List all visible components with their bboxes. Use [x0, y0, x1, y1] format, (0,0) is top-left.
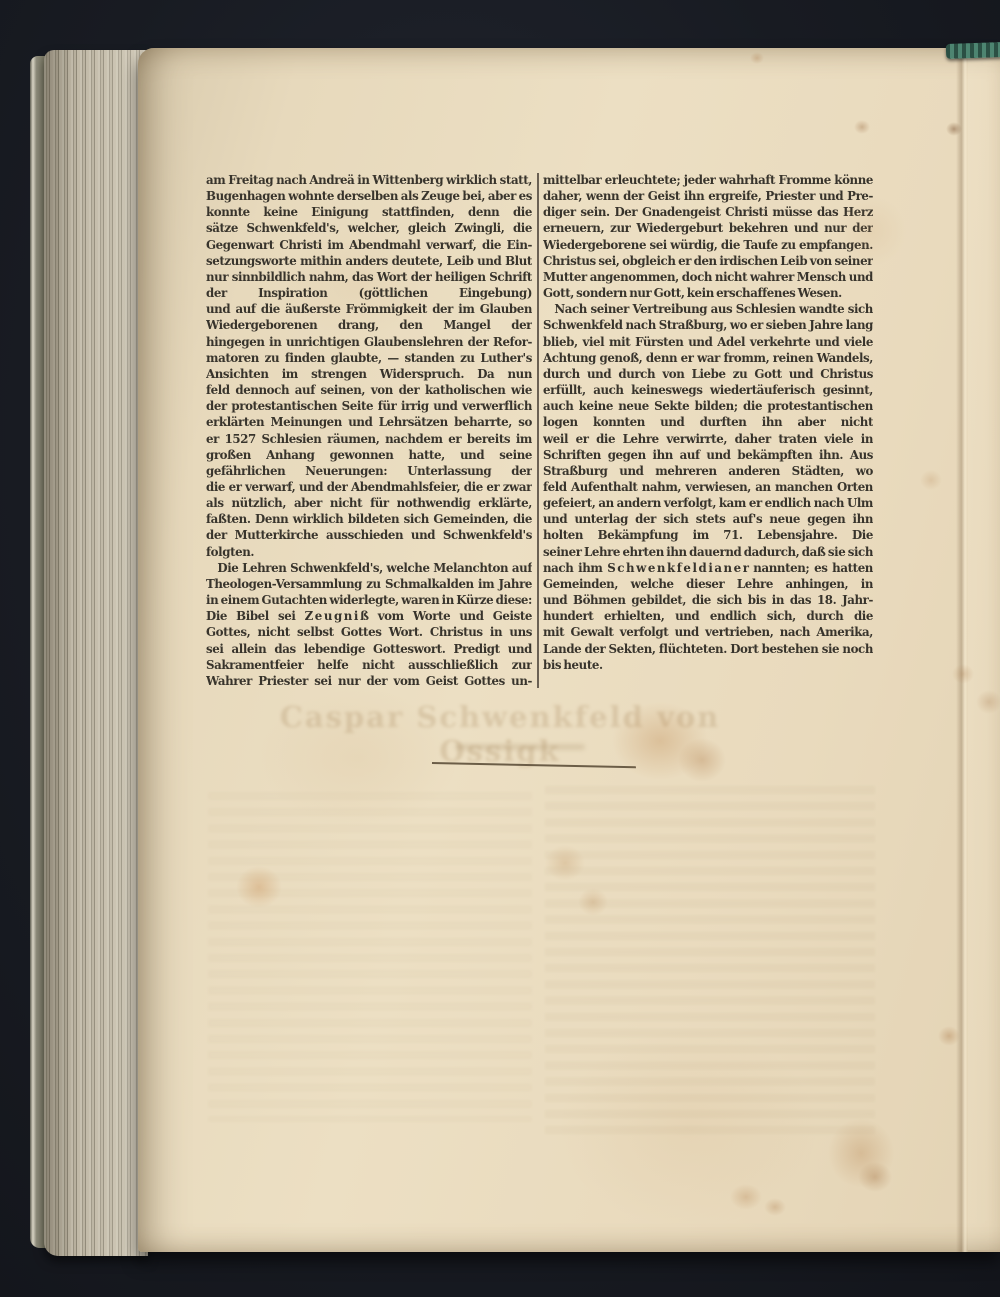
- text-line: Gottes, nicht selbst Gottes Wort. Christ…: [206, 624, 532, 640]
- text-line: Schriften gegen ihn auf und bekämpften i…: [543, 447, 873, 463]
- text-line: feld Aufenthalt nahm, verwiesen, an manc…: [543, 479, 873, 495]
- text-line: daher, wenn der Geist ihn ergreife, Prie…: [543, 188, 873, 204]
- text-line: sätze Schwenkfeld's, welcher, gleich Zwi…: [206, 220, 532, 236]
- text-line: seiner Lehre ehrten ihn dauernd dadurch,…: [543, 544, 873, 560]
- headband: [946, 42, 1000, 59]
- text-line: setzungsworte mithin anders deutete, Lei…: [206, 253, 532, 269]
- text-line: er 1527 Schlesien räumen, nachdem er ber…: [206, 431, 532, 447]
- showthrough-text-left: [208, 792, 532, 1122]
- text-line: nur sinnbildlich nahm, das Wort der heil…: [206, 269, 532, 285]
- text-line: Nach seiner Vertreibung aus Schlesien wa…: [543, 301, 873, 317]
- showthrough-text-right: [545, 786, 875, 1136]
- showthrough-heading: Caspar Schwenkfeld von Ossigk: [240, 700, 760, 768]
- text-line: holten Bekämpfung im 71. Lebensjahre. Di…: [543, 527, 873, 543]
- text-line: Gott, sondern nur Gott, kein erschaffene…: [543, 285, 873, 301]
- text-line: Die Bibel sei Z e u g n i ß vom Worte un…: [206, 608, 532, 624]
- text-line: erfüllt, auch keineswegs wiedertäuferisc…: [543, 382, 873, 398]
- text-line: am Freitag nach Andreä in Wittenberg wir…: [206, 172, 532, 188]
- text-line: als nützlich, aber nicht für nothwendig …: [206, 495, 532, 511]
- text-line: mittelbar erleuchtete; jeder wahrhaft Fr…: [543, 172, 873, 188]
- text-line: die er verwarf, und der Abendmahlsfeier,…: [206, 479, 532, 495]
- text-line: großen Anhang gewonnen hatte, und seine …: [206, 447, 532, 463]
- text-line: Ansichten im strengen Widerspruch. Da nu…: [206, 366, 532, 382]
- text-line: Mutter angenommen, doch nicht wahrer Men…: [543, 269, 873, 285]
- text-line: Wiedergeborene sei würdig, die Taufe zu …: [543, 237, 873, 253]
- text-line: blieb, viel mit Fürsten und Adel verkehr…: [543, 334, 873, 350]
- text-line: Lande der Sekten, flüchteten. Dort beste…: [543, 641, 873, 657]
- text-line: diger sein. Der Gnadengeist Christi müss…: [543, 204, 873, 220]
- text-line: und Böhmen gebildet, die sich bis in das…: [543, 592, 873, 608]
- text-line: Schwenkfeld nach Straßburg, wo er sieben…: [543, 317, 873, 333]
- text-line: logen konnten und durften ihn aber nicht…: [543, 414, 873, 430]
- text-line: Die Lehren Schwenkfeld's, welche Melanch…: [206, 560, 532, 576]
- text-line: hingegen in unrichtigen Glaubenslehren d…: [206, 334, 532, 350]
- showthrough-subtitle: [455, 744, 585, 750]
- text-column-left: am Freitag nach Andreä in Wittenberg wir…: [206, 172, 532, 689]
- text-line: durch und durch von Liebe zu Gott und Ch…: [543, 366, 873, 382]
- text-line: konnte keine Einigung stattfinden, denn …: [206, 204, 532, 220]
- text-line: der Mutterkirche ausschieden und Schwenk…: [206, 527, 532, 543]
- column-divider-rule: [537, 173, 539, 688]
- text-line: gefährlichen Neuerungen: Unterlassung de…: [206, 463, 532, 479]
- page-crease: [956, 48, 968, 1252]
- text-line: faßten. Denn wirklich bildeten sich Geme…: [206, 511, 532, 527]
- text-line: und unterlag der sich stets auf's neue g…: [543, 511, 873, 527]
- text-line: matoren zu finden glaubte, — standen zu …: [206, 350, 532, 366]
- text-line: bis heute.: [543, 657, 873, 673]
- text-line: Christus sei, obgleich er den irdischen …: [543, 253, 873, 269]
- text-line: Straßburg und mehreren anderen Städten, …: [543, 463, 873, 479]
- text-line: Gegenwart Christi im Abendmahl verwarf, …: [206, 237, 532, 253]
- text-line: Achtung genoß, denn er war fromm, reinen…: [543, 350, 873, 366]
- text-line: mit Gewalt verfolgt und vertrieben, nach…: [543, 624, 873, 640]
- text-line: gefeiert, an andern verfolgt, kam er end…: [543, 495, 873, 511]
- text-line: Sakramentfeier helfe nicht ausschließlic…: [206, 657, 532, 673]
- page-edge-stack: [44, 50, 148, 1256]
- text-line: Gemeinden, welche dieser Lehre anhingen,…: [543, 576, 873, 592]
- text-line: hundert erhielten, und endlich sich, dur…: [543, 608, 873, 624]
- text-line: erklärten Meinungen und Lehrsätzen behar…: [206, 414, 532, 430]
- text-line: auch keine neue Sekte bilden; die protes…: [543, 398, 873, 414]
- text-line: erneuern, zur Wiedergeburt bekehren und …: [543, 220, 873, 236]
- text-line: der Inspiration (göttlichen Eingebung) u…: [206, 285, 532, 301]
- text-line: Wahrer Priester sei nur der vom Geist Go…: [206, 673, 532, 689]
- text-line: Wiedergeborenen drang, den Mangel der Fr…: [206, 317, 532, 333]
- text-line: folgten.: [206, 544, 532, 560]
- text-line: sei allein das lebendige Gotteswort. Pre…: [206, 641, 532, 657]
- text-line: in einem Gutachten widerlegte, waren in …: [206, 592, 532, 608]
- text-line: nach ihm S c h w e n k f e l d i a n e r…: [543, 560, 873, 576]
- text-line: und auf die äußerste Frömmigkeit der im …: [206, 301, 532, 317]
- text-line: der protestantischen Seite für irrig und…: [206, 398, 532, 414]
- text-line: Bugenhagen wohnte derselben als Zeuge be…: [206, 188, 532, 204]
- text-column-right: mittelbar erleuchtete; jeder wahrhaft Fr…: [543, 172, 873, 673]
- text-line: weil er die Lehre verwirrte, daher trate…: [543, 431, 873, 447]
- text-line: Theologen-Versammlung zu Schmalkalden im…: [206, 576, 532, 592]
- text-line: feld dennoch auf seinen, von der katholi…: [206, 382, 532, 398]
- adjacent-page-edge: [968, 52, 1000, 1250]
